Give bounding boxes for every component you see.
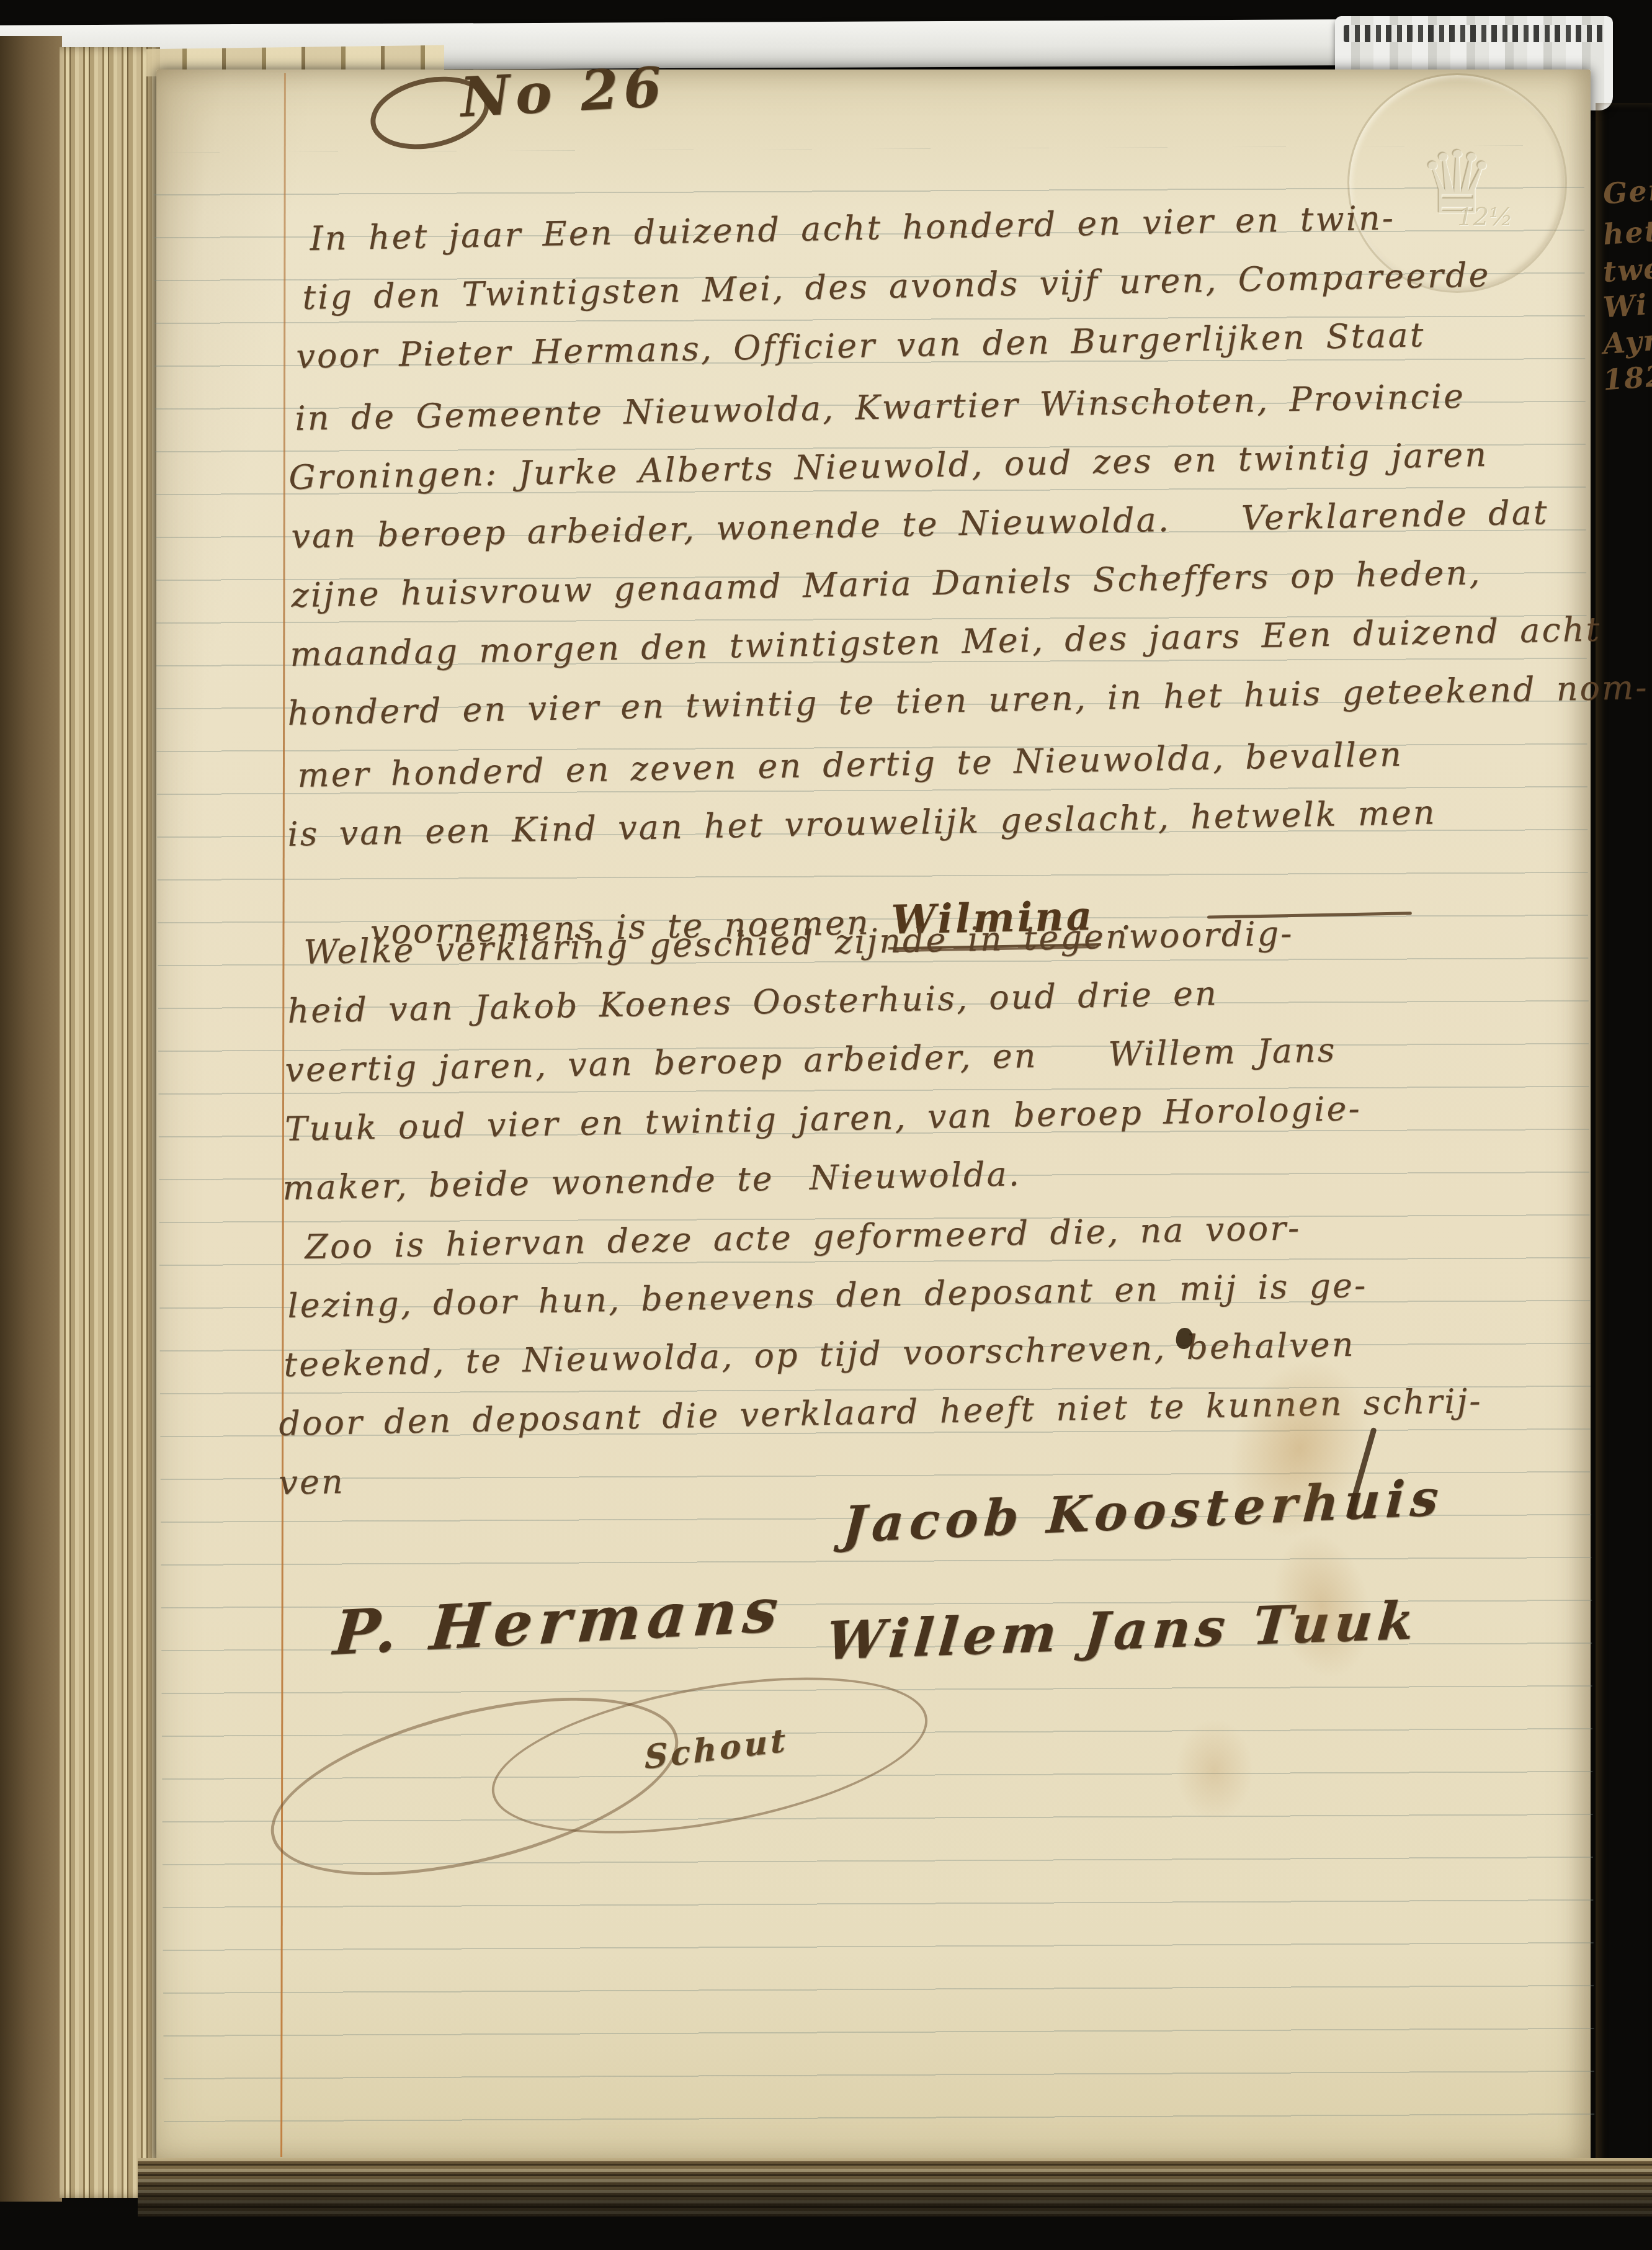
adjacent-page-text-fragment: Ayr bbox=[1602, 323, 1652, 361]
scanned-register-photo: ♛ 12½ Ger het twe Wi Ayr 182 No 26 In he… bbox=[0, 0, 1652, 2250]
manuscript-line: ven bbox=[279, 1463, 345, 1501]
adjacent-page-text-fragment: twe bbox=[1602, 251, 1652, 289]
page-edges-stack bbox=[60, 47, 160, 2198]
adjacent-page-sliver bbox=[1596, 103, 1652, 2183]
adjacent-page-text-fragment: 182 bbox=[1602, 359, 1652, 397]
page-bottom-edges bbox=[138, 2158, 1652, 2216]
adjacent-page-text-fragment: Wi bbox=[1602, 288, 1649, 325]
adjacent-page-text-fragment: Ger bbox=[1602, 173, 1652, 211]
act-number: No 26 bbox=[459, 54, 668, 129]
book-cover-edge bbox=[0, 36, 62, 2202]
headband-stitching bbox=[1344, 25, 1604, 42]
seal-denomination: 12½ bbox=[1457, 203, 1513, 231]
foxing-stain bbox=[1176, 1719, 1253, 1821]
adjacent-page-text-fragment: het bbox=[1602, 214, 1652, 251]
